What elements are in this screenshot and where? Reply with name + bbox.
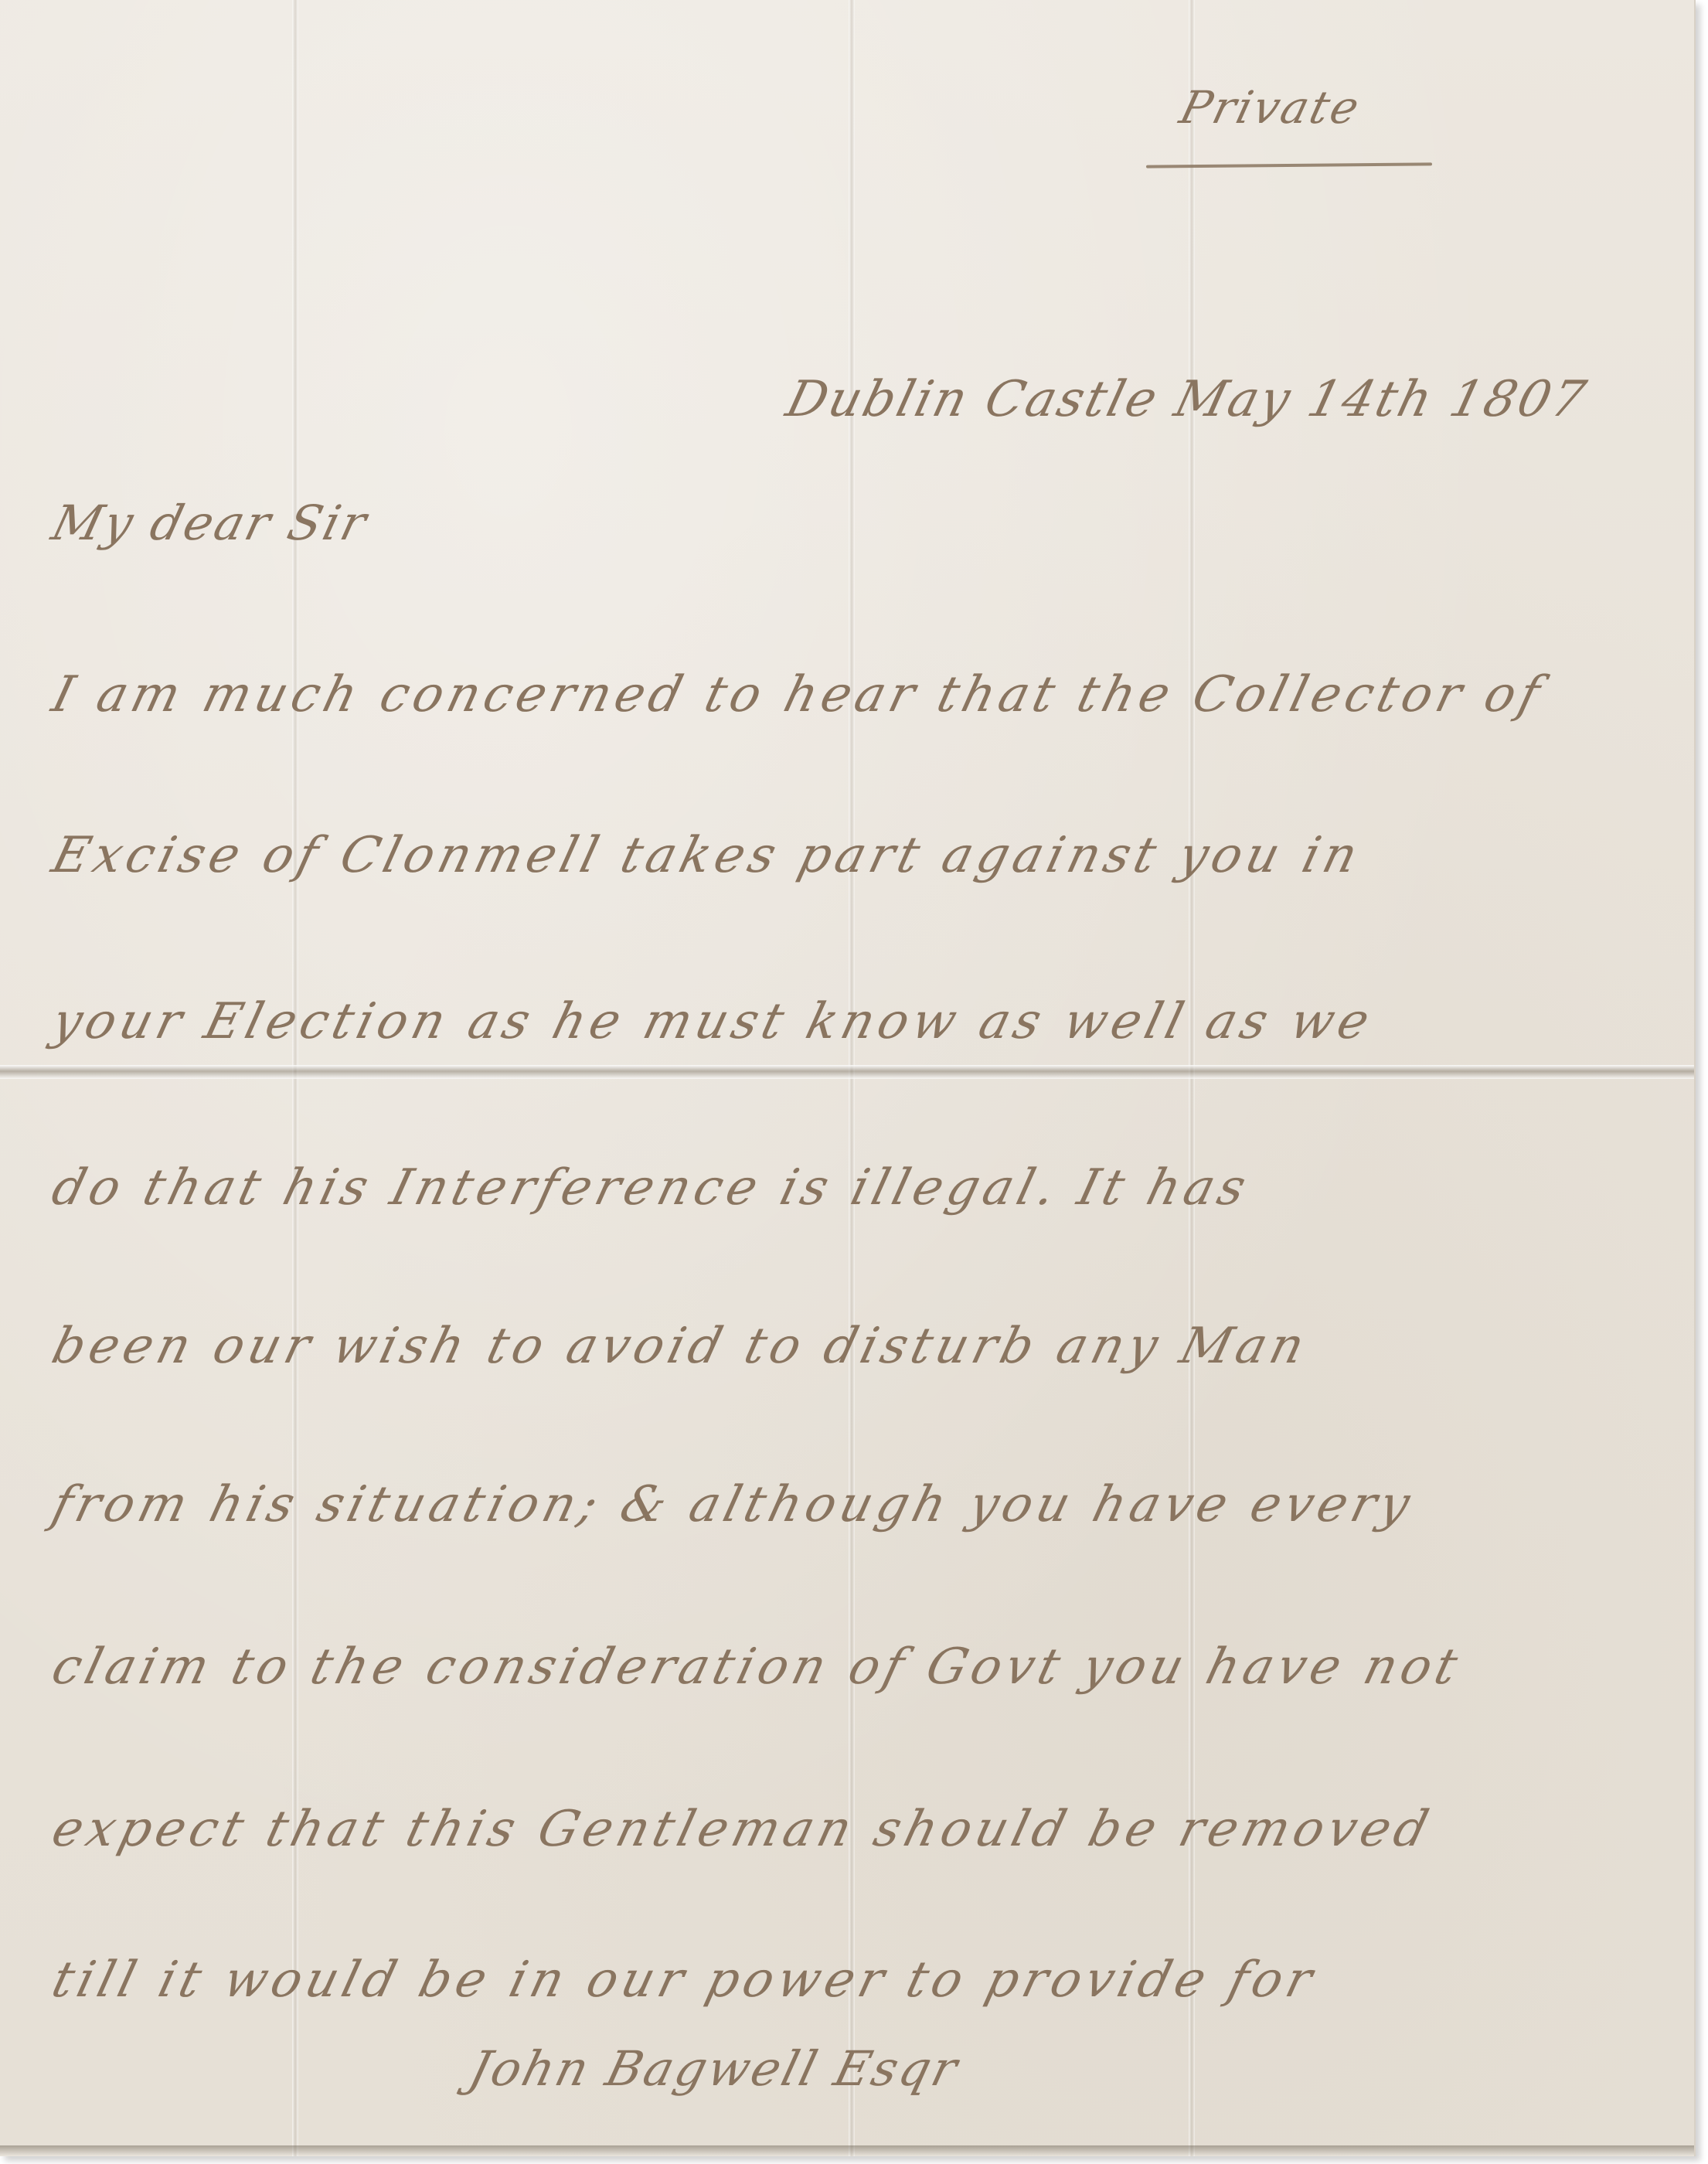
fold-crease-horizontal bbox=[0, 1065, 1694, 1079]
body-line: do that his Interference is illegal. It … bbox=[46, 1159, 1256, 1216]
salutation: My dear Sir bbox=[46, 495, 374, 551]
body-line: been our wish to avoid to disturb any Ma… bbox=[46, 1318, 1315, 1375]
body-line: expect that this Gentleman should be rem… bbox=[46, 1801, 1438, 1858]
body-line: I am much concerned to hear that the Col… bbox=[46, 666, 1550, 723]
body-line: from his situation; & although you have … bbox=[46, 1476, 1420, 1533]
body-line: your Election as he must know as well as… bbox=[46, 993, 1380, 1050]
body-line: claim to the consideration of Govt you h… bbox=[46, 1638, 1468, 1696]
body-line: Excise of Clonmell takes part against yo… bbox=[46, 827, 1368, 884]
body-line: till it would be in our power to provide… bbox=[46, 1951, 1322, 2009]
letter-page: Private Dublin Castle May 14th 1807 My d… bbox=[0, 0, 1696, 2156]
dateline: Dublin Castle May 14th 1807 bbox=[781, 371, 1594, 428]
page-bottom-edge bbox=[0, 2145, 1694, 2156]
private-marking: Private bbox=[1175, 81, 1366, 134]
addressee: John Bagwell Esqr bbox=[464, 2040, 965, 2097]
